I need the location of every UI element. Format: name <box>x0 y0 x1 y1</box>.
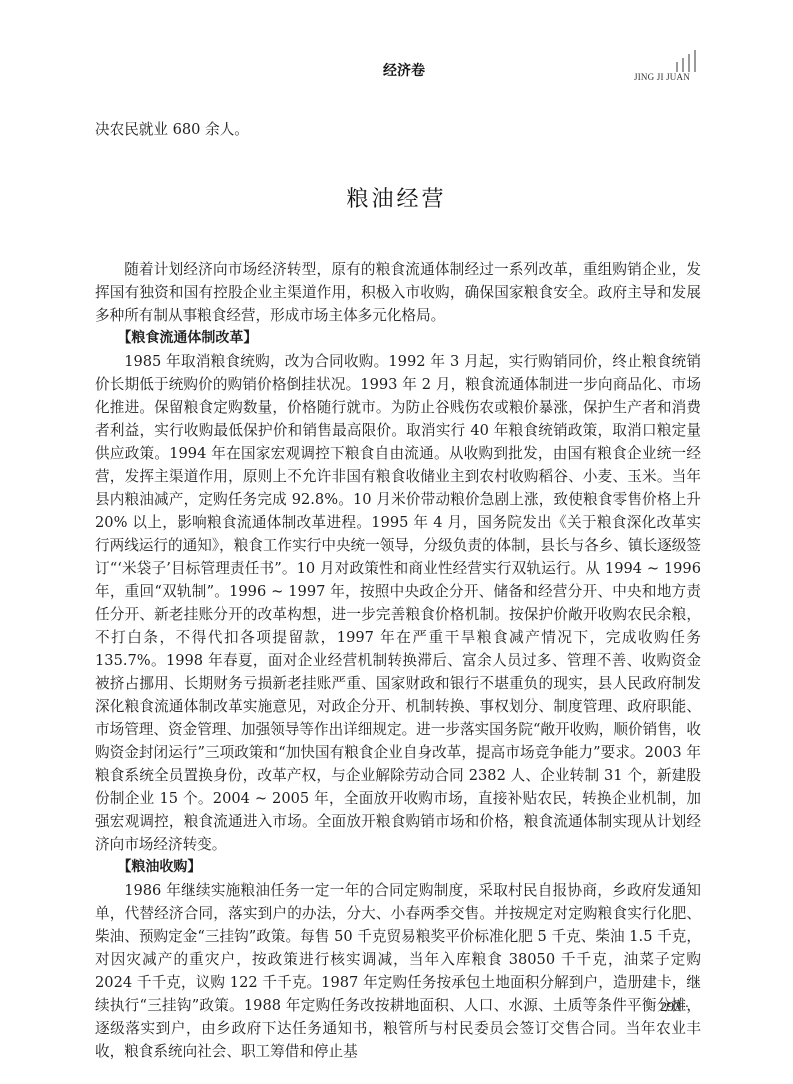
subsection-heading: 【粮油收购】 <box>95 856 701 879</box>
carry-over-text: 决农民就业 680 余人。 <box>95 118 701 141</box>
subsection-paragraph: 1986 年继续实施粮油任务一定一年的合同定购制度，采取村民自报协商，乡政府发通… <box>95 879 701 1063</box>
volume-title: 经济卷 <box>383 60 425 80</box>
intro-paragraph: 随着计划经济向市场经济转型，原有的粮食流通体制经过一系列改革，重组购销企业，发挥… <box>95 258 701 327</box>
logo-text: JING JI JUAN <box>634 72 690 82</box>
volume-logo: JING JI JUAN <box>634 40 704 85</box>
section-body: 随着计划经济向市场经济转型，原有的粮食流通体制经过一系列改革，重组购销企业，发挥… <box>95 258 701 1063</box>
subsection-heading: 【粮食流通体制改革】 <box>95 327 701 350</box>
bar-lines-icon <box>672 50 702 72</box>
subsection-paragraph: 1985 年取消粮食统购，改为合同收购。1992 年 3 月起，实行购销同价，终… <box>95 350 701 856</box>
section-title: 粮油经营 <box>0 182 793 213</box>
page-number: · 293 · <box>652 1000 689 1016</box>
